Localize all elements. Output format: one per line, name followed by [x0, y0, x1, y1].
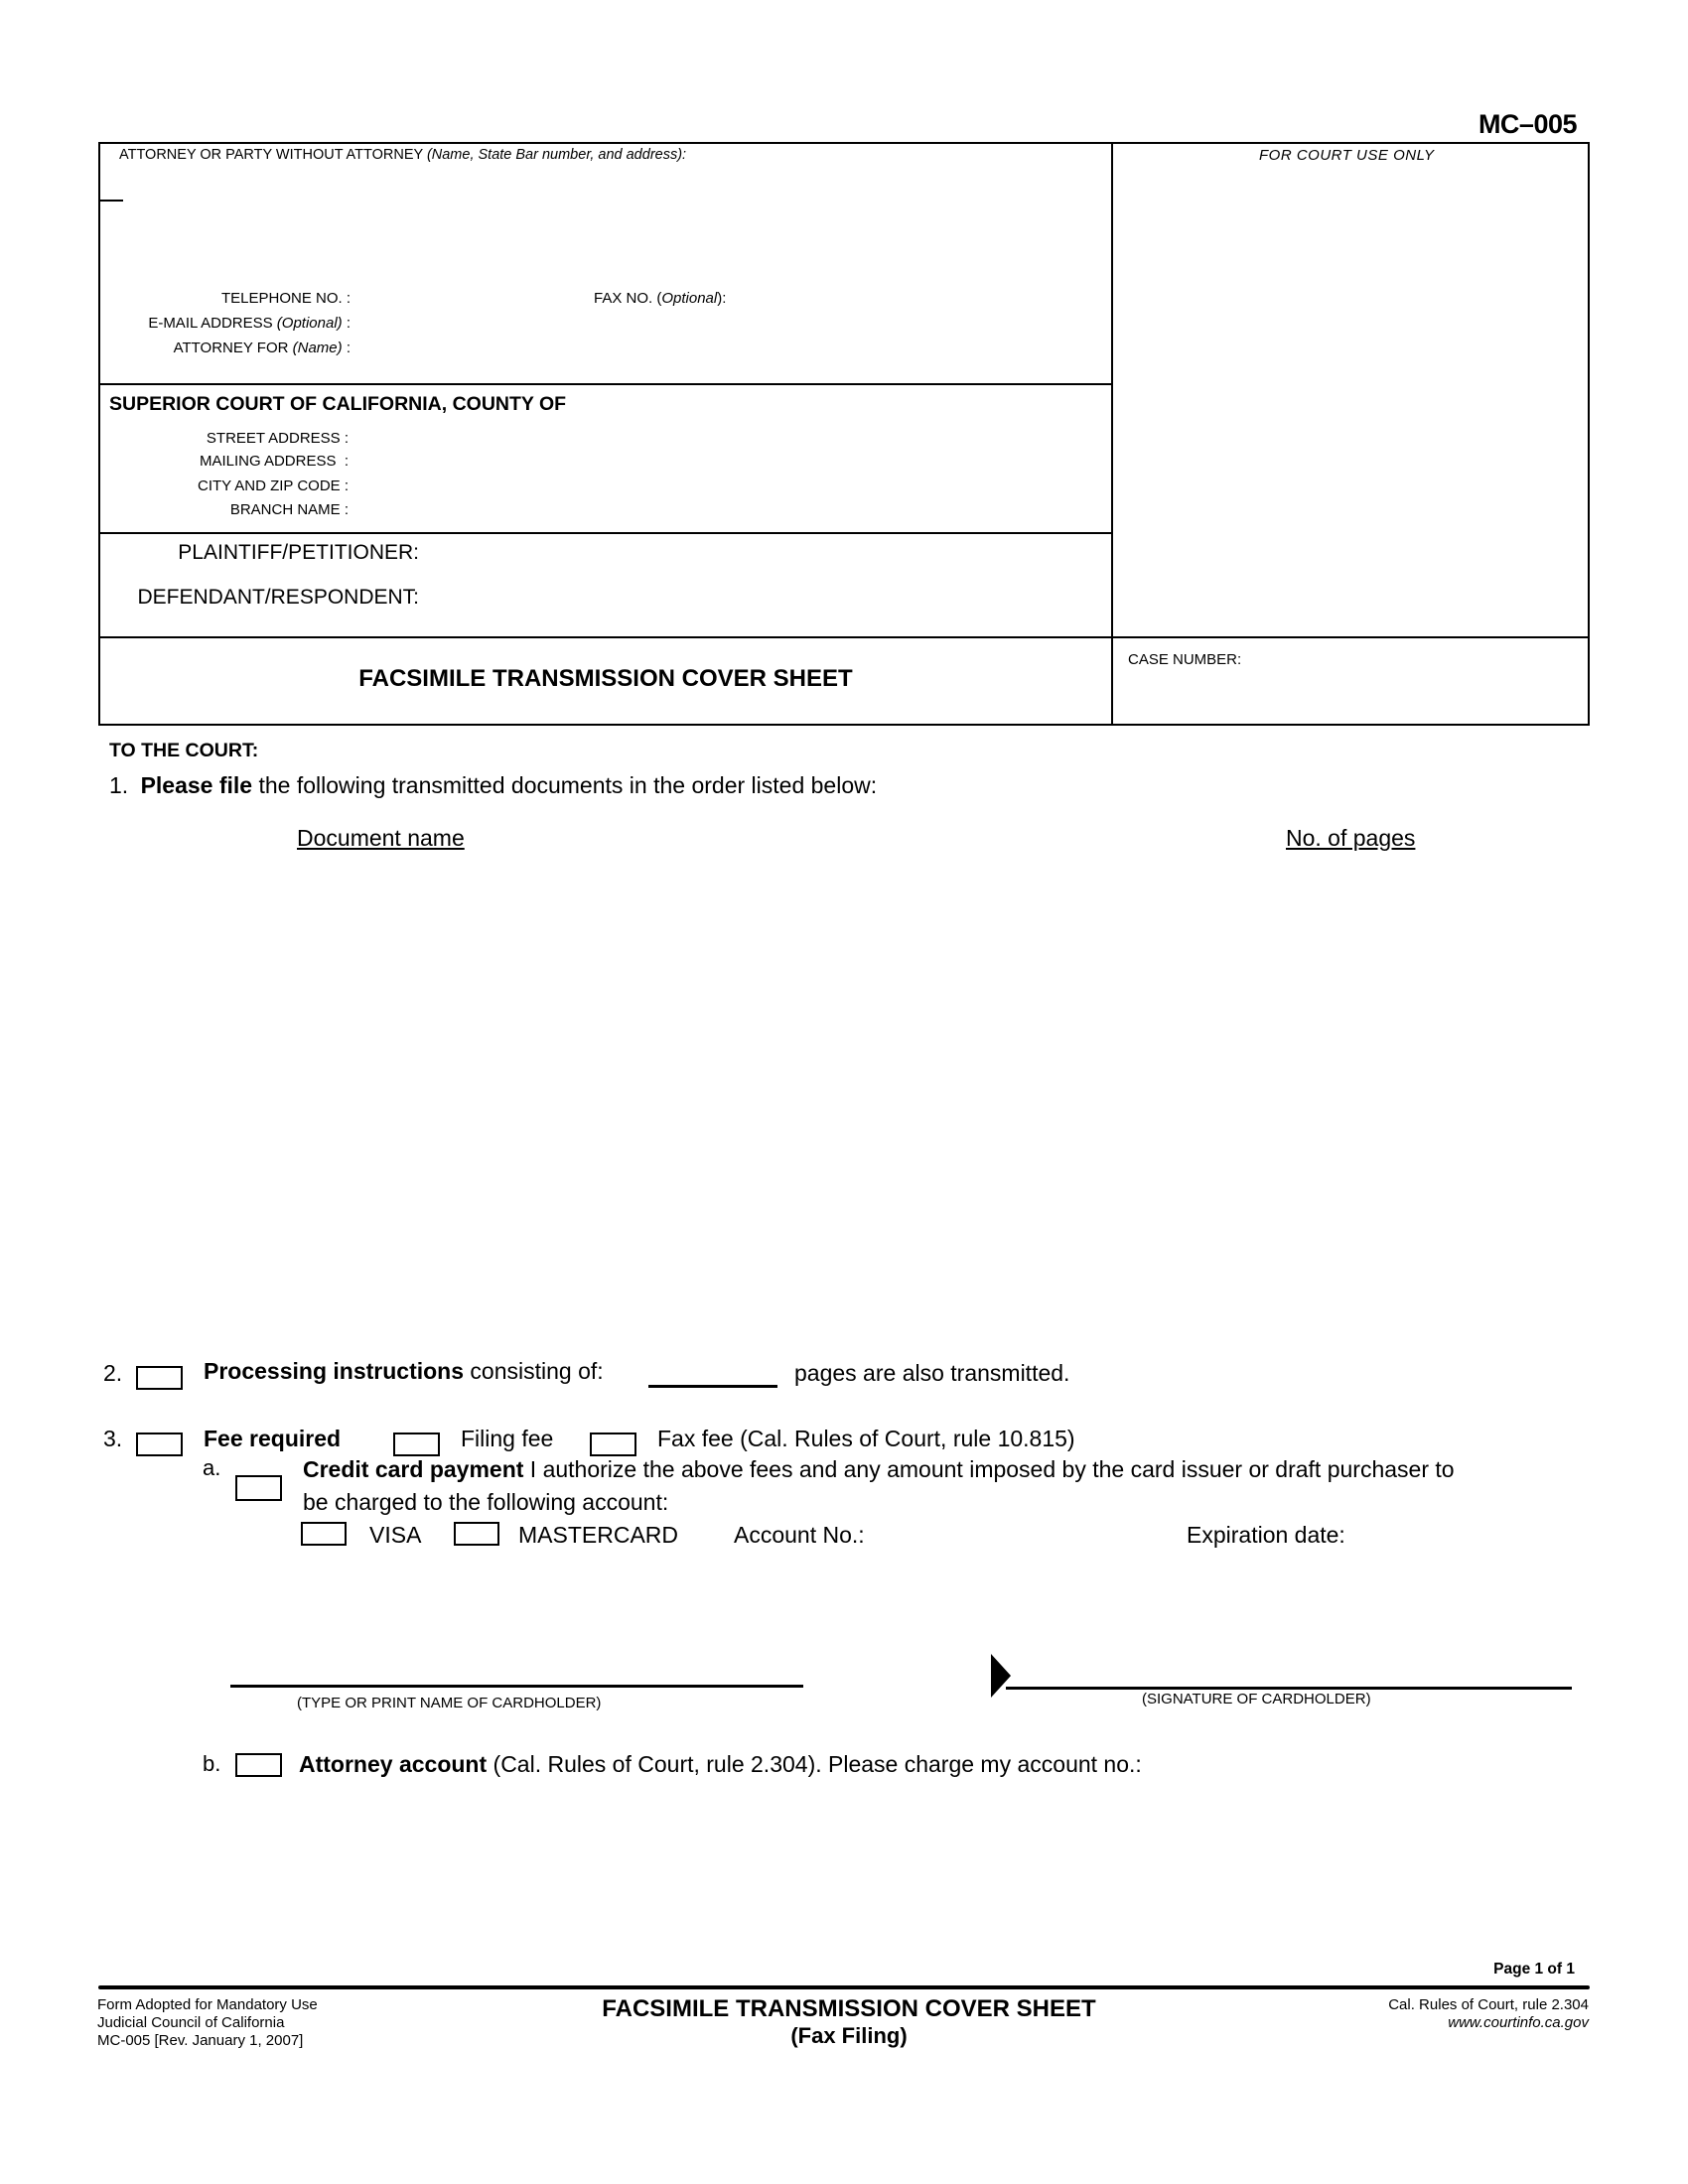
cardholder-signature-caption: (SIGNATURE OF CARDHOLDER): [1142, 1691, 1371, 1707]
cardholder-name-field[interactable]: [230, 1658, 803, 1688]
attorney-for-field[interactable]: [355, 336, 1106, 357]
footer-subtitle: (Fax Filing): [427, 2023, 1271, 2049]
footer-right: Cal. Rules of Court, rule 2.304 www.cour…: [1388, 1996, 1589, 2032]
case-number-label: CASE NUMBER:: [1128, 651, 1241, 668]
defendant-label: DEFENDANT/RESPONDENT:: [137, 586, 419, 610]
fax-fee-label: Fax fee (Cal. Rules of Court, rule 10.81…: [657, 1426, 1075, 1452]
branch-name-field[interactable]: [353, 498, 1104, 520]
filing-fee-checkbox[interactable]: [393, 1433, 440, 1456]
mastercard-label: MASTERCARD: [518, 1522, 678, 1549]
fax-field[interactable]: [750, 286, 1107, 308]
fee-required-label: Fee required: [204, 1426, 341, 1452]
attorney-label-text: ATTORNEY OR PARTY WITHOUT ATTORNEY: [119, 147, 423, 163]
attorney-account-no-field[interactable]: [230, 1787, 1581, 1827]
item-3-number: 3.: [103, 1426, 122, 1452]
street-address-field[interactable]: [353, 427, 1104, 449]
footer-rules-citation: Cal. Rules of Court, rule 2.304: [1388, 1996, 1589, 2014]
street-address-label: STREET ADDRESS :: [207, 430, 349, 447]
processing-instructions-checkbox[interactable]: [136, 1366, 183, 1390]
fee-required-checkbox[interactable]: [136, 1433, 183, 1456]
mailing-address-label: MAILING ADDRESS :: [200, 453, 349, 470]
branch-name-label: BRANCH NAME :: [230, 501, 349, 518]
plaintiff-field[interactable]: [425, 538, 1106, 568]
credit-card-text: Credit card payment I authorize the abov…: [303, 1456, 1455, 1483]
item-2-number: 2.: [103, 1360, 122, 1387]
court-use-only-label: FOR COURT USE ONLY: [1259, 147, 1435, 164]
to-the-court: TO THE COURT:: [109, 740, 258, 762]
footer-left: Form Adopted for Mandatory Use Judicial …: [97, 1996, 266, 2050]
visa-label: VISA: [369, 1522, 421, 1549]
item-3a-letter: a.: [203, 1455, 220, 1481]
fax-fee-checkbox[interactable]: [590, 1433, 636, 1456]
attorney-name-address-field[interactable]: [103, 171, 1106, 280]
caption-form-title: FACSIMILE TRANSMISSION COVER SHEET: [98, 665, 1113, 693]
telephone-field[interactable]: [355, 286, 584, 308]
plaintiff-label: PLAINTIFF/PETITIONER:: [178, 541, 419, 565]
attorney-label: ATTORNEY OR PARTY WITHOUT ATTORNEY (Name…: [119, 147, 686, 163]
column-document-name: Document name: [297, 825, 465, 852]
item-1: 1. Please file the following transmitted…: [109, 772, 877, 799]
footer-revision: MC-005 [Rev. January 1, 2007]: [97, 2032, 266, 2050]
item-1-number: 1.: [109, 772, 128, 798]
cardholder-name-caption: (TYPE OR PRINT NAME OF CARDHOLDER): [297, 1695, 601, 1711]
expiration-date-field[interactable]: [1360, 1519, 1579, 1547]
email-label: E-MAIL ADDRESS (Optional) :: [148, 315, 351, 332]
filing-fee-label: Filing fee: [461, 1426, 553, 1452]
county-field[interactable]: [635, 390, 1102, 416]
divider-parties-title: [98, 636, 1590, 638]
fax-label: FAX NO. (Optional):: [594, 290, 726, 307]
item-2-text: Processing instructions consisting of:: [204, 1358, 604, 1385]
court-heading: SUPERIOR COURT OF CALIFORNIA, COUNTY OF: [109, 393, 566, 416]
page-indicator: Page 1 of 1: [1493, 1961, 1575, 1979]
credit-card-payment-checkbox[interactable]: [235, 1475, 282, 1501]
item-3b-letter: b.: [203, 1751, 220, 1777]
city-zip-label: CITY AND ZIP CODE :: [198, 478, 349, 494]
cardholder-signature-field[interactable]: [1006, 1658, 1572, 1690]
item-1-text: the following transmitted documents in t…: [252, 772, 877, 798]
attorney-account-text: Attorney account (Cal. Rules of Court, r…: [299, 1751, 1142, 1778]
credit-card-text-line2: be charged to the following account:: [303, 1489, 668, 1516]
defendant-field[interactable]: [425, 583, 1106, 613]
case-number-field[interactable]: [1122, 673, 1581, 719]
footer-website-link[interactable]: www.courtinfo.ca.gov: [1388, 2014, 1589, 2032]
divider-attorney-court: [98, 383, 1113, 385]
attorney-label-note: (Name, State Bar number, and address):: [427, 147, 686, 163]
mastercard-checkbox[interactable]: [454, 1522, 499, 1546]
item-1-bold: Please file: [141, 772, 253, 798]
visa-checkbox[interactable]: [301, 1522, 347, 1546]
city-zip-field[interactable]: [353, 475, 1104, 496]
column-no-of-pages: No. of pages: [1286, 825, 1415, 852]
mailing-address-field[interactable]: [353, 450, 1104, 472]
footer-rule: [98, 1985, 1590, 1989]
expiration-date-label: Expiration date:: [1187, 1522, 1345, 1549]
footer-judicial-council: Judicial Council of California: [97, 2014, 266, 2032]
footer-adopted: Form Adopted for Mandatory Use: [97, 1996, 266, 2014]
account-no-field[interactable]: [879, 1519, 1177, 1547]
telephone-label: TELEPHONE NO. :: [221, 290, 351, 307]
email-field[interactable]: [355, 311, 1106, 333]
attorney-for-label: ATTORNEY FOR (Name) :: [174, 340, 351, 356]
attorney-account-checkbox[interactable]: [235, 1753, 282, 1777]
form-number: MC–005: [1478, 109, 1577, 140]
document-list-area[interactable]: [109, 864, 1579, 1330]
divider-court-parties: [98, 532, 1113, 534]
account-no-label: Account No.:: [734, 1522, 865, 1549]
item-2-tail: pages are also transmitted.: [794, 1360, 1069, 1387]
processing-pages-field[interactable]: [648, 1360, 777, 1388]
footer-title: FACSIMILE TRANSMISSION COVER SHEET: [427, 1995, 1271, 2023]
